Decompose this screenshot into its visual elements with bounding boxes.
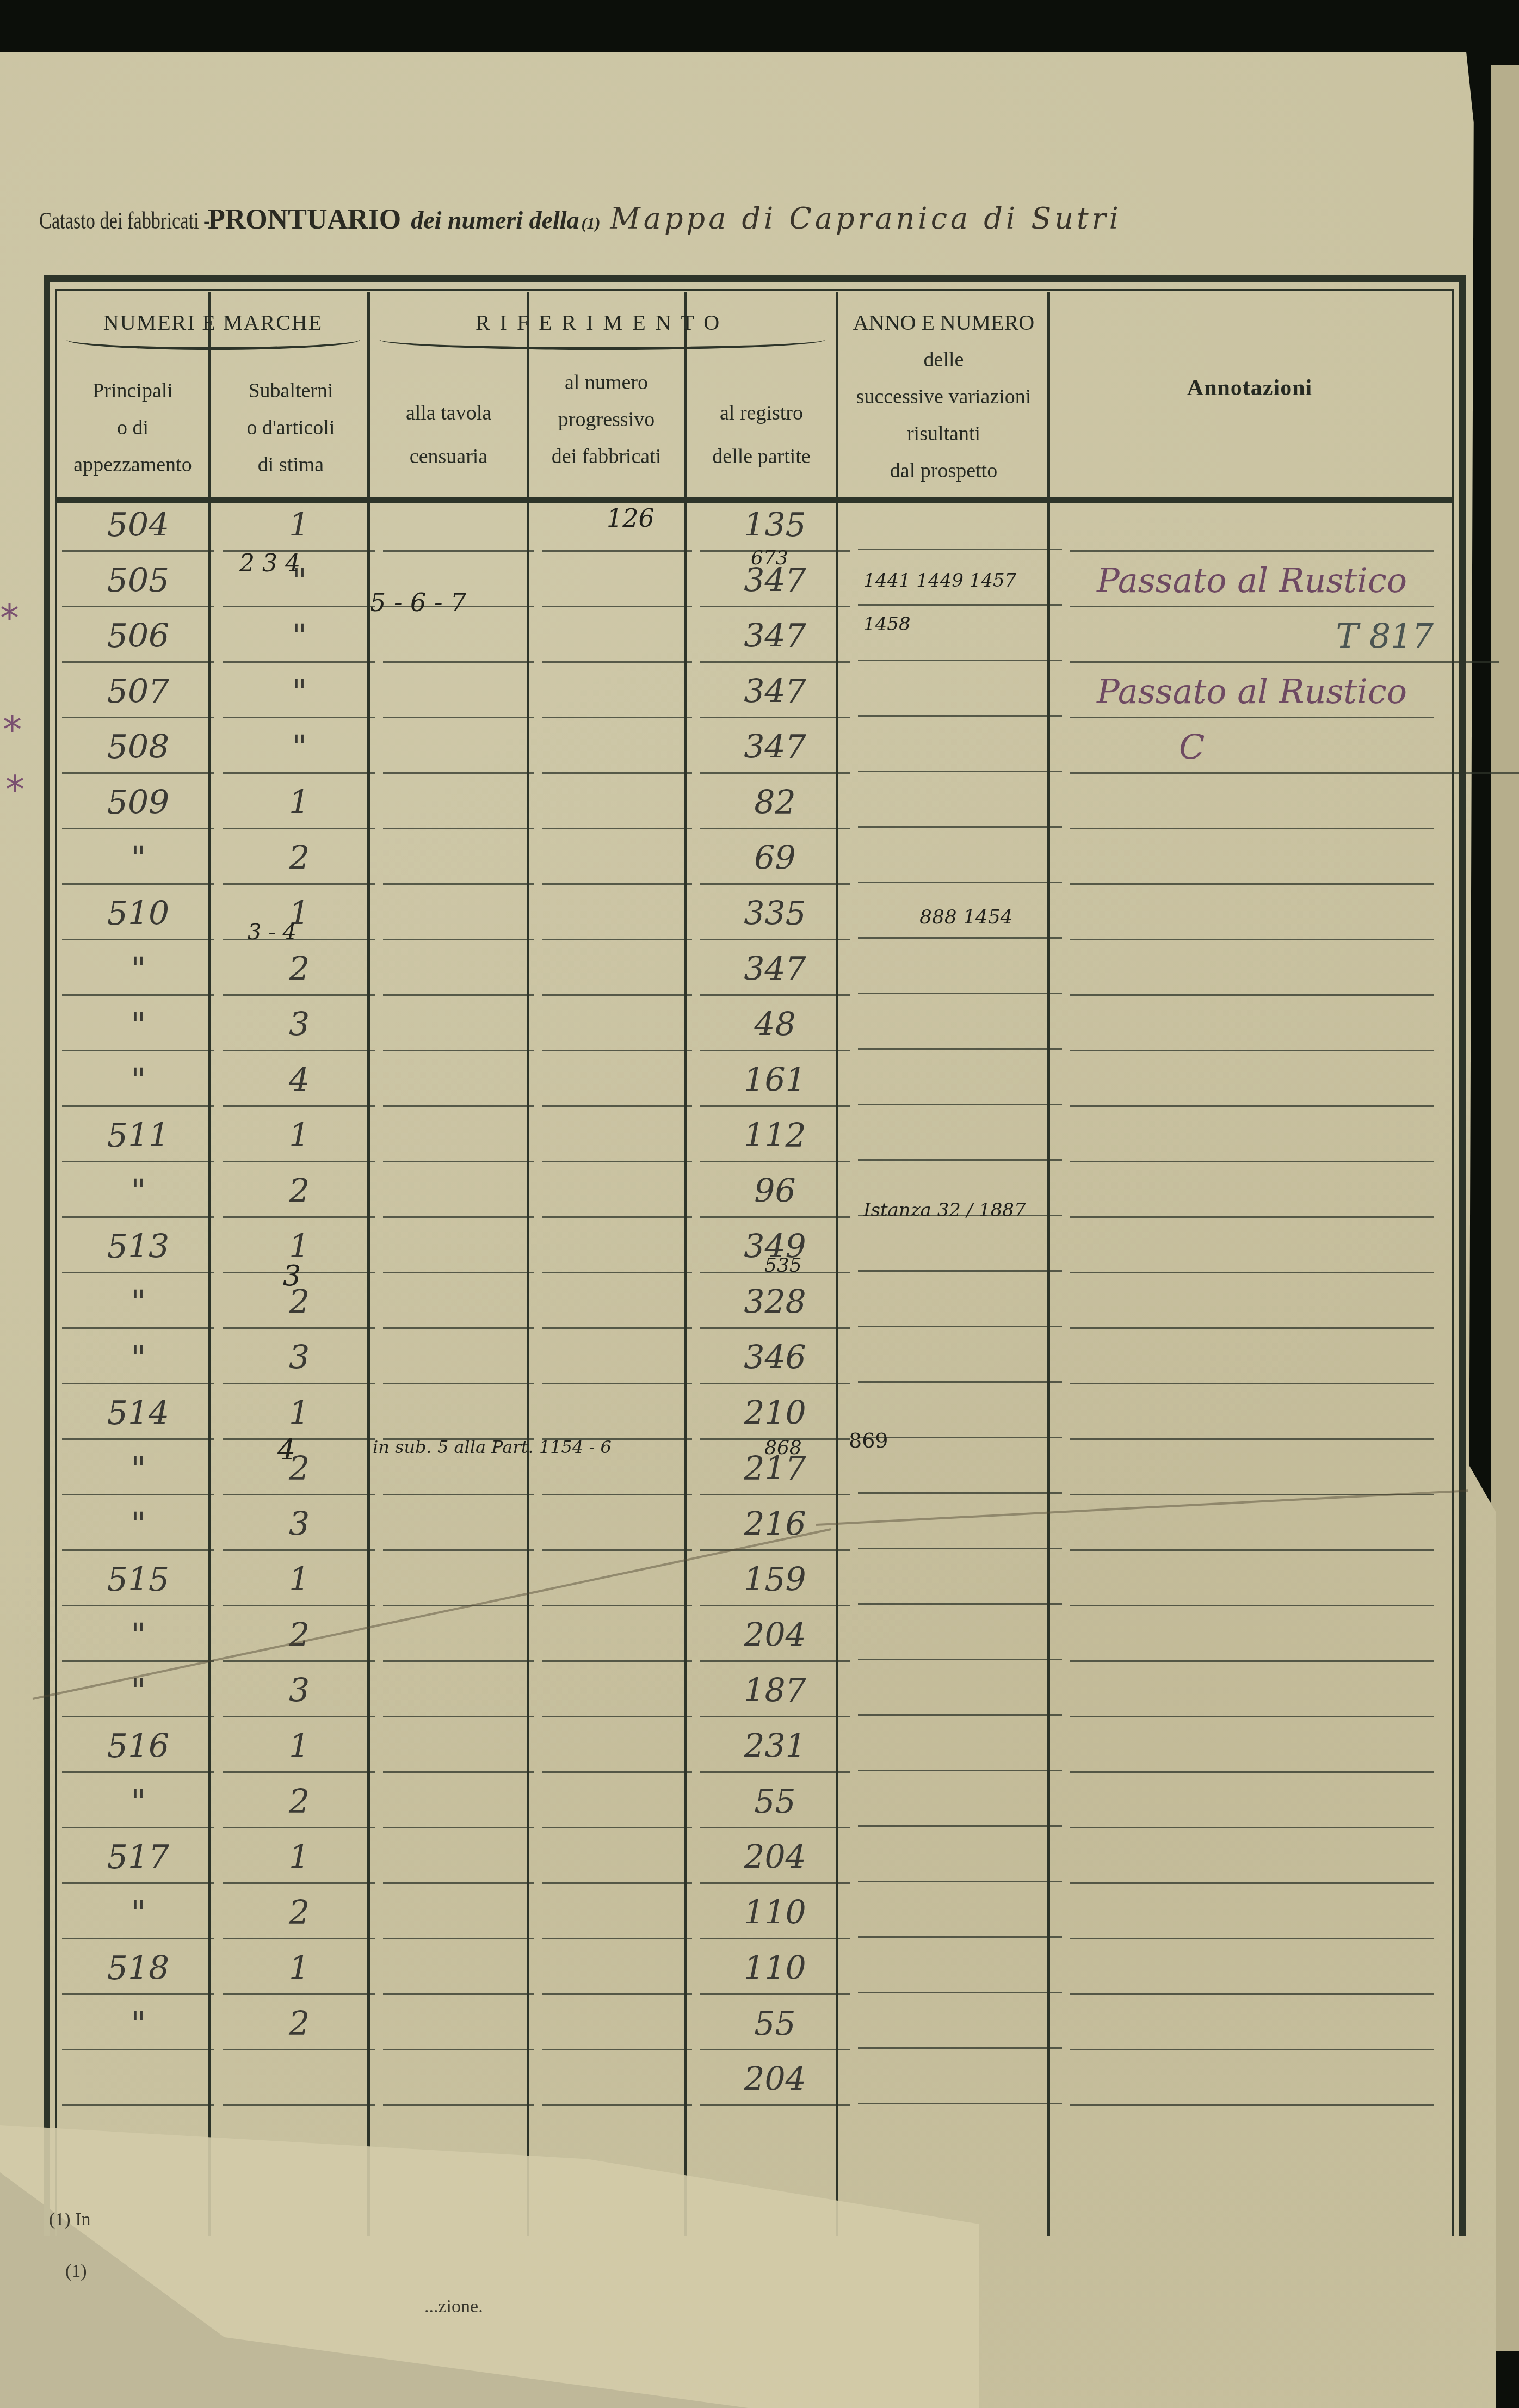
cell-annotazione (1070, 1169, 1434, 1218)
cell-annotazione (1070, 1114, 1434, 1162)
cell-anno (858, 725, 1062, 772)
cell-annotazione (1070, 1003, 1434, 1051)
cell-subalterno: 3 (223, 1502, 375, 1551)
cell-annotazione (1070, 1502, 1434, 1551)
cell-subalterno: 1 (223, 1558, 375, 1606)
cell-tavola (383, 503, 534, 552)
cell-tavola (383, 1502, 534, 1551)
cell-subalterno: 1 (223, 892, 375, 940)
cell-annotazione (1070, 836, 1434, 885)
cell-registro: 55 (700, 1780, 850, 1828)
cell-progressivo (542, 1502, 692, 1551)
col-anno-line4: risultanti (839, 415, 1048, 452)
cell-registro: 210 (700, 1391, 850, 1440)
cell-progressivo (542, 1836, 692, 1884)
cell-progressivo (542, 1725, 692, 1773)
cell-anno (858, 2058, 1062, 2104)
table-row: " 4 161 (50, 1058, 1443, 1105)
cell-anno (858, 1225, 1062, 1272)
footnote-ref: (1) (582, 214, 601, 233)
cell-progressivo (542, 614, 692, 663)
cell-annotazione (1070, 1391, 1434, 1440)
margin-asterisk-icon: * (0, 596, 19, 641)
cell-subalterno: 3 (223, 1669, 375, 1717)
col-progressivo-line1: al numero (529, 364, 684, 401)
cell-anno (858, 1725, 1062, 1771)
cell-progressivo (542, 1947, 692, 1995)
col-tavola: alla tavola censuaria (371, 391, 526, 478)
cell-tavola (383, 614, 534, 663)
cell-registro: 159 (700, 1558, 850, 1606)
cell-annotazione: C (1070, 725, 1519, 774)
cell-subalterno: " (223, 725, 375, 774)
cell-anno (858, 1836, 1062, 1882)
cell-progressivo (542, 1280, 692, 1329)
cell-anno: Istanza 32 / 1887 (858, 1169, 1062, 1216)
cell-registro: 335 (700, 892, 850, 940)
cell-tavola (383, 2002, 534, 2050)
cell-annotazione (1070, 947, 1434, 996)
cell-annotazione (1070, 1891, 1434, 1939)
document-header: Catasto dei fabbricati - PRONTUARIO dei … (39, 201, 1454, 245)
cell-subalterno: 1 (223, 781, 375, 829)
cell-annotazione (1070, 1613, 1434, 1662)
cell-anno: 1441 1449 1457 1458 (858, 559, 1062, 606)
cell-principale (62, 2058, 214, 2106)
overlay-subalterni-2-3-4: 2 3 4 (239, 550, 300, 577)
table-row: 514 1 210 (50, 1391, 1443, 1438)
cell-tavola (383, 1169, 534, 1218)
table-row: 508 " 347 C (50, 725, 1443, 772)
table-row: " 2 204 (50, 1613, 1443, 1660)
cell-principale: " (62, 836, 214, 885)
cell-anno (858, 1447, 1062, 1494)
cell-anno (858, 1280, 1062, 1327)
cell-subalterno: 3 (223, 1003, 375, 1051)
cell-principale: " (62, 1169, 214, 1218)
cell-registro: 69 (700, 836, 850, 885)
cell-registro: 204 (700, 1613, 850, 1662)
overlay-registro-535: 535 (764, 1254, 802, 1277)
cell-anno (858, 1058, 1062, 1105)
cell-principale: 511 (62, 1114, 214, 1162)
cell-principale: 515 (62, 1558, 214, 1606)
table-row: 509 1 82 (50, 781, 1443, 828)
table-row: 204 (50, 2058, 1443, 2104)
cell-principale: " (62, 1447, 214, 1495)
cell-registro: 347 (700, 725, 850, 774)
cell-principale: 518 (62, 1947, 214, 1995)
cell-anno (858, 1502, 1062, 1549)
cell-annotazione (1070, 1058, 1434, 1107)
col-progressivo: al numero progressivo dei fabbricati (529, 364, 684, 475)
footnote-marker: (1) In (49, 2209, 90, 2230)
cell-progressivo (542, 559, 692, 607)
col-anno-line5: dal prospetto (839, 452, 1048, 489)
cell-subalterno: 2 (223, 2002, 375, 2050)
cell-annotazione (1070, 1836, 1434, 1884)
cell-tavola (383, 1836, 534, 1884)
table-row: " 2 55 (50, 2002, 1443, 2049)
cell-principale: " (62, 2002, 214, 2050)
cell-annotazione (1070, 781, 1434, 829)
cell-principale: " (62, 1058, 214, 1107)
col-subalterni-line1: Subalterni (213, 372, 368, 409)
cell-tavola (383, 1613, 534, 1662)
table-row: 511 1 112 (50, 1114, 1443, 1161)
table-row: " 2 69 (50, 836, 1443, 883)
cell-annotazione: Passato al Rustico (1070, 670, 1434, 718)
register-name: Catasto dei fabbricati - (39, 207, 210, 235)
cell-principale: 505 (62, 559, 214, 607)
cell-registro: 346 (700, 1336, 850, 1384)
cell-principale: 508 (62, 725, 214, 774)
cell-anno (858, 947, 1062, 994)
overlay-registro-note: in sub. 5 alla Part. 1154 - 6 (373, 1437, 612, 1457)
table-row: " 3 48 (50, 1003, 1443, 1050)
overlay-anno-888: 888 1454 (919, 906, 1013, 928)
table-row: " 2 110 (50, 1891, 1443, 1938)
col-progressivo-line2: progressivo (529, 401, 684, 438)
header-separator (57, 497, 1453, 503)
cell-progressivo (542, 947, 692, 996)
cell-subalterno: 1 (223, 1947, 375, 1995)
cell-tavola (383, 2058, 534, 2106)
cell-principale: 516 (62, 1725, 214, 1773)
cell-tavola (383, 1114, 534, 1162)
col-anno-numero: ANNO E NUMERO delle successive variazion… (839, 304, 1048, 489)
cell-tavola (383, 1280, 534, 1329)
col-registro-line1: al registro (687, 391, 836, 435)
handwritten-place-name: Mappa di Capranica di Sutri (610, 201, 1122, 236)
cell-principale: " (62, 1780, 214, 1828)
col-principali: Principali o di appezzamento (57, 372, 209, 483)
overlay-subalterno-4: 4 (277, 1434, 295, 1467)
cell-registro: 48 (700, 1003, 850, 1051)
cell-principale: 504 (62, 503, 214, 552)
cell-registro: 328 (700, 1280, 850, 1329)
cell-annotazione (1070, 2002, 1434, 2050)
col-subalterni-line2: o d'articoli (213, 409, 368, 446)
cell-principale: 507 (62, 670, 214, 718)
cell-progressivo (542, 892, 692, 940)
table-row: 507 " 347 Passato al Rustico (50, 670, 1443, 717)
table-row: 518 1 110 (50, 1947, 1443, 1993)
cell-progressivo (542, 1058, 692, 1107)
cell-anno (858, 614, 1062, 661)
cell-tavola (383, 1780, 534, 1828)
col-subalterni-line3: di stima (213, 446, 368, 483)
table-row: 516 1 231 (50, 1725, 1443, 1771)
cell-subalterno: 2 (223, 1780, 375, 1828)
title-suffix: dei numeri della (411, 206, 579, 235)
overlay-registro-868: 868 (764, 1437, 802, 1459)
cell-annotazione (1070, 503, 1434, 552)
table-row: 517 1 204 (50, 1836, 1443, 1882)
cell-subalterno: " (223, 670, 375, 718)
cell-principale: " (62, 1891, 214, 1939)
cell-progressivo (542, 1780, 692, 1828)
cell-subalterno: 4 (223, 1058, 375, 1107)
overlay-anno-869: 869 (849, 1428, 888, 1452)
cell-registro: 231 (700, 1725, 850, 1773)
cell-progressivo (542, 1669, 692, 1717)
cell-anno (858, 670, 1062, 717)
cell-principale: " (62, 1003, 214, 1051)
cell-tavola (383, 1336, 534, 1384)
cell-subalterno: 2 (223, 1169, 375, 1218)
cell-principale: 509 (62, 781, 214, 829)
cell-progressivo (542, 836, 692, 885)
cell-anno (858, 1003, 1062, 1050)
cell-anno (858, 1391, 1062, 1438)
col-progressivo-line3: dei fabbricati (529, 438, 684, 475)
margin-asterisk-icon: * (5, 767, 24, 812)
cell-anno (858, 1613, 1062, 1660)
cell-tavola (383, 1558, 534, 1606)
cell-anno (858, 1669, 1062, 1716)
cell-tavola (383, 1225, 534, 1273)
document-title: PRONTUARIO (208, 204, 401, 236)
cell-progressivo (542, 1891, 692, 1939)
cell-registro: 347 (700, 670, 850, 718)
col-principali-line3: appezzamento (57, 446, 209, 483)
col-anno-line1: ANNO E NUMERO (839, 304, 1048, 341)
cell-registro: 161 (700, 1058, 850, 1107)
cell-subalterno: 1 (223, 1114, 375, 1162)
cell-registro: 216 (700, 1502, 850, 1551)
cell-anno (858, 836, 1062, 883)
cell-progressivo (542, 2058, 692, 2106)
cell-progressivo (542, 725, 692, 774)
cell-annotazione (1070, 1336, 1434, 1384)
col-registro: al registro delle partite (687, 391, 836, 478)
cell-progressivo (542, 670, 692, 718)
cell-anno (858, 503, 1062, 550)
table-row: 506 " 347 T 817 (50, 614, 1443, 661)
cell-progressivo (542, 1003, 692, 1051)
cell-anno (858, 1891, 1062, 1938)
cell-progressivo (542, 1558, 692, 1606)
cell-progressivo (542, 1336, 692, 1384)
cell-anno (858, 1947, 1062, 1993)
overlay-subalterno-3: 3 (283, 1260, 301, 1292)
cell-annotazione (1070, 1725, 1434, 1773)
cell-tavola (383, 1058, 534, 1107)
cell-annotazione (1070, 1780, 1434, 1828)
margin-asterisk-icon: * (3, 707, 22, 752)
cell-progressivo (542, 2002, 692, 2050)
table-row: 504 1 135 (50, 503, 1443, 550)
cell-registro: 187 (700, 1669, 850, 1717)
table-row: " 3 187 (50, 1669, 1443, 1716)
cell-principale: 506 (62, 614, 214, 663)
cell-anno (858, 2002, 1062, 2049)
col-principali-line2: o di (57, 409, 209, 446)
cell-principale: " (62, 1280, 214, 1329)
table-row: " 2 347 (50, 947, 1443, 994)
cell-principale: " (62, 1613, 214, 1662)
cell-registro: 204 (700, 2058, 850, 2106)
overlay-progressivo-126: 126 (607, 503, 654, 533)
cell-tavola (383, 1947, 534, 1995)
cell-principale: 513 (62, 1225, 214, 1273)
cell-subalterno: 1 (223, 1836, 375, 1884)
cell-tavola (383, 1891, 534, 1939)
cell-registro: 55 (700, 2002, 850, 2050)
cell-tavola (383, 1725, 534, 1773)
cell-annotazione: Passato al Rustico (1070, 559, 1434, 607)
cell-registro: 112 (700, 1114, 850, 1162)
cell-tavola (383, 1003, 534, 1051)
col-subalterni: Subalterni o d'articoli di stima (213, 372, 368, 483)
cell-subalterno: 2 (223, 1447, 375, 1495)
cell-progressivo (542, 781, 692, 829)
cell-registro: 347 (700, 947, 850, 996)
col-anno-line2: delle (839, 341, 1048, 378)
cell-tavola (383, 1391, 534, 1440)
overlay-tavola-5-6-7: 5 - 6 - 7 (370, 588, 466, 617)
col-tavola-line2: censuaria (371, 435, 526, 478)
col-principali-line1: Principali (57, 372, 209, 409)
cell-anno (858, 781, 1062, 828)
cell-subalterno: 1 (223, 503, 375, 552)
cell-subalterno: 1 (223, 1725, 375, 1773)
cell-tavola (383, 725, 534, 774)
cell-principale: 514 (62, 1391, 214, 1440)
cell-progressivo (542, 1169, 692, 1218)
footnote-marker-2: (1) (65, 2261, 87, 2282)
cell-progressivo (542, 1225, 692, 1273)
cell-subalterno: 3 (223, 1336, 375, 1384)
cell-registro: 110 (700, 1891, 850, 1939)
cell-registro: 96 (700, 1169, 850, 1218)
cell-progressivo (542, 1114, 692, 1162)
overlay-registro-673: 673 (751, 547, 788, 569)
table-row: " 3 216 (50, 1502, 1443, 1549)
cell-tavola (383, 781, 534, 829)
cell-principale: " (62, 1336, 214, 1384)
cell-subalterno: 2 (223, 836, 375, 885)
table-row: " 2 96 Istanza 32 / 1887 (50, 1169, 1443, 1216)
cell-annotazione: T 817 (1070, 614, 1499, 663)
cell-tavola (383, 947, 534, 996)
table-row: " 2 55 (50, 1780, 1443, 1827)
cell-tavola (383, 1669, 534, 1717)
cell-registro: 82 (700, 781, 850, 829)
cell-subalterno: 2 (223, 1891, 375, 1939)
overlay-subalterni-3-4: 3 - 4 (248, 920, 297, 945)
cell-principale: 510 (62, 892, 214, 940)
group-header-numeri: NUMERI E MARCHE (57, 304, 369, 341)
table-row: " 2 217 (50, 1447, 1443, 1494)
cell-annotazione (1070, 2058, 1434, 2106)
col-registro-line2: delle partite (687, 435, 836, 478)
col-tavola-line1: alla tavola (371, 391, 526, 435)
cell-subalterno: 2 (223, 947, 375, 996)
cell-tavola (383, 892, 534, 940)
cell-registro: 204 (700, 1836, 850, 1884)
cell-registro: 110 (700, 1947, 850, 1995)
cell-tavola (383, 670, 534, 718)
cell-annotazione (1070, 1669, 1434, 1717)
cell-principale: " (62, 947, 214, 996)
table-row: " 2 328 (50, 1280, 1443, 1327)
cell-subalterno: " (223, 614, 375, 663)
cell-registro: 347 (700, 614, 850, 663)
col-annotazioni: Annotazioni (1051, 369, 1448, 407)
cell-subalterno (223, 2058, 375, 2106)
table-row: " 3 346 (50, 1336, 1443, 1383)
cell-progressivo (542, 1613, 692, 1662)
cell-annotazione (1070, 892, 1434, 940)
cell-anno (858, 1558, 1062, 1605)
col-anno-line3: successive variazioni (839, 378, 1048, 415)
cell-annotazione (1070, 1225, 1434, 1273)
table-row: 515 1 159 (50, 1558, 1443, 1605)
cell-tavola (383, 836, 534, 885)
cell-anno (858, 1336, 1062, 1383)
cell-annotazione (1070, 1280, 1434, 1329)
cell-annotazione (1070, 1558, 1434, 1606)
cell-progressivo (542, 1391, 692, 1440)
cell-annotazione (1070, 1447, 1434, 1495)
cell-annotazione (1070, 1947, 1434, 1995)
cell-registro: 135 (700, 503, 850, 552)
cell-principale: " (62, 1502, 214, 1551)
cell-anno (858, 1114, 1062, 1161)
cell-subalterno: 1 (223, 1391, 375, 1440)
cell-anno (858, 1780, 1062, 1827)
cell-principale: 517 (62, 1836, 214, 1884)
footnote-trailing-text: ...zione. (424, 2296, 483, 2317)
table-row: 513 1 349 (50, 1225, 1443, 1272)
group-header-riferimento: RIFERIMENTO (371, 304, 833, 341)
